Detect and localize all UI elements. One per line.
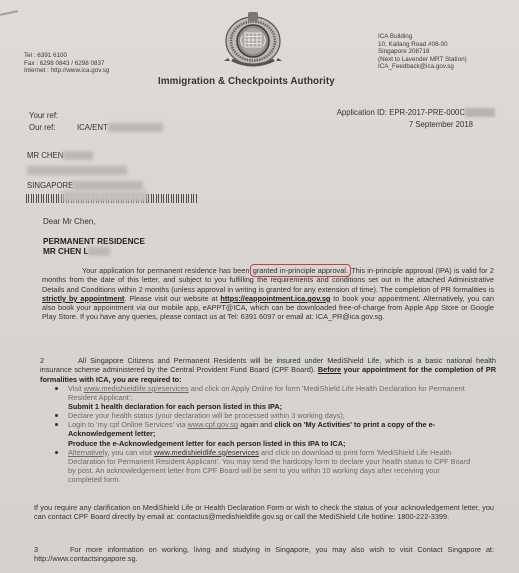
redaction <box>73 181 143 190</box>
medishield-link[interactable]: www.medishieldlife.sg/eservices <box>154 448 259 457</box>
item-text: again and <box>238 420 274 429</box>
subject-line-2: MR CHEN L <box>43 247 88 256</box>
redaction <box>108 123 163 132</box>
feedback-email: ICA_Feedback@ica.gov.sg <box>378 63 467 71</box>
para3-text: For more information on working, living … <box>34 545 494 563</box>
internet-line: Internet : http://www.ica.gov.sg <box>24 67 109 75</box>
address-line: 10, Kallang Road #08-00 <box>378 41 467 49</box>
item-text: Declare your health status (your declara… <box>68 411 345 420</box>
authority-name: Immigration & Checkpoints Authority <box>158 76 335 87</box>
paper-fold-mark <box>0 10 18 16</box>
cpf-link[interactable]: www.cpf.gov.sg <box>188 420 238 429</box>
list-item: Visit www.medishieldlife.sg/eservices an… <box>55 384 475 411</box>
paragraph-3: 3For more information on working, living… <box>34 545 494 564</box>
subject-heading: PERMANENT RESIDENCE MR CHEN L <box>43 237 145 257</box>
recipient-name: MR CHEN <box>27 151 63 160</box>
item-text: , you can visit <box>107 448 154 457</box>
para1-text: . Please visit our website at <box>124 294 220 303</box>
bullet-icon <box>55 423 58 426</box>
our-ref-label: Our ref: <box>29 122 77 134</box>
ica-crest-icon <box>218 8 288 70</box>
strictly-by-appointment: strictly by appointment <box>42 294 124 303</box>
bullet-icon <box>55 387 58 390</box>
reference-block: Your ref: Our ref:ICA/ENT <box>29 110 163 134</box>
your-ref-label: Your ref: <box>29 110 77 122</box>
salutation: Dear Mr Chen, <box>43 217 95 226</box>
redaction <box>465 108 495 117</box>
tel-line: Tel : 6391 6100 <box>24 52 109 60</box>
bullet-icon <box>55 451 58 454</box>
item-bold-text: Submit 1 health declaration for each per… <box>68 402 282 411</box>
para1-text: Your application for permanent residence… <box>82 266 252 275</box>
letter-page: Tel : 6391 6100 Fax : 6298 0843 / 6298 0… <box>0 0 519 573</box>
letterhead-address: ICA Building 10, Kallang Road #08-00 Sin… <box>378 33 467 71</box>
application-block: Application ID: EPR-2017-PRE-000C 7 Sept… <box>325 107 495 131</box>
redaction <box>88 247 110 256</box>
clarification-paragraph: If you require any clarification on Medi… <box>34 503 494 522</box>
redaction <box>63 151 93 160</box>
requirements-list: Visit www.medishieldlife.sg/eservices an… <box>55 384 475 484</box>
recipient-address: MR CHEN SINGAPORE <box>27 148 143 193</box>
medishield-link[interactable]: www.medishieldlife.sg/eservices <box>84 384 189 393</box>
address-line: ICA Building <box>378 33 467 41</box>
highlighted-approval: granted in-principle approval. <box>252 266 349 275</box>
redaction <box>27 166 127 175</box>
item-text: Visit <box>68 384 84 393</box>
recipient-country: SINGAPORE <box>27 181 73 190</box>
our-ref-value: ICA/ENT <box>77 123 108 132</box>
before-emphasis: Before <box>318 365 341 374</box>
address-line: (Next to Lavender MRT Station) <box>378 56 467 64</box>
letterhead-contact: Tel : 6391 6100 Fax : 6298 0843 / 6298 0… <box>24 52 109 75</box>
list-item: Alternatively, you can visit www.medishi… <box>55 448 475 484</box>
redaction <box>62 191 147 202</box>
paragraph-2: 2All Singapore Citizens and Permanent Re… <box>40 356 496 384</box>
item-bold-text: Produce the e-Acknowledgement letter for… <box>68 439 345 448</box>
letter-date: 7 September 2018 <box>325 119 495 131</box>
bullet-icon <box>55 414 58 417</box>
item-text: Login to 'my cpf Online Services' via <box>68 420 188 429</box>
list-item: Declare your health status (your declara… <box>55 411 475 420</box>
para-number: 2 <box>40 356 78 365</box>
paragraph-1: Your application for permanent residence… <box>42 266 494 322</box>
subject-line-1: PERMANENT RESIDENCE <box>43 237 145 247</box>
para-number: 3 <box>34 545 70 554</box>
address-line: Singapore 208718 <box>378 48 467 56</box>
item-text: Alternatively <box>68 448 107 457</box>
list-item: Login to 'my cpf Online Services' via ww… <box>55 420 475 447</box>
application-id-label: Application ID: <box>337 108 387 117</box>
application-id-value: EPR-2017-PRE-000C <box>389 108 465 117</box>
fax-line: Fax : 6298 0843 / 6298 0837 <box>24 60 109 68</box>
eappointment-link[interactable]: https://eappointment.ica.gov.sg <box>220 294 330 303</box>
